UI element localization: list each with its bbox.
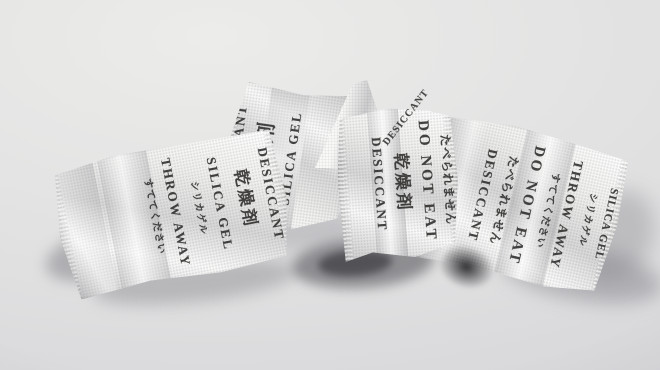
photograph-desiccant-packets: DESICCANT 乾燥剤 SILICA GEL SILICA GEL シリカゲ… [0,0,660,370]
packet-text-line: DO NOT EAT [414,106,439,257]
packet-print: たべられません DO NOT EAT 乾燥剤 DESICCANT [368,104,463,260]
packet-crimp-seal [47,167,83,301]
